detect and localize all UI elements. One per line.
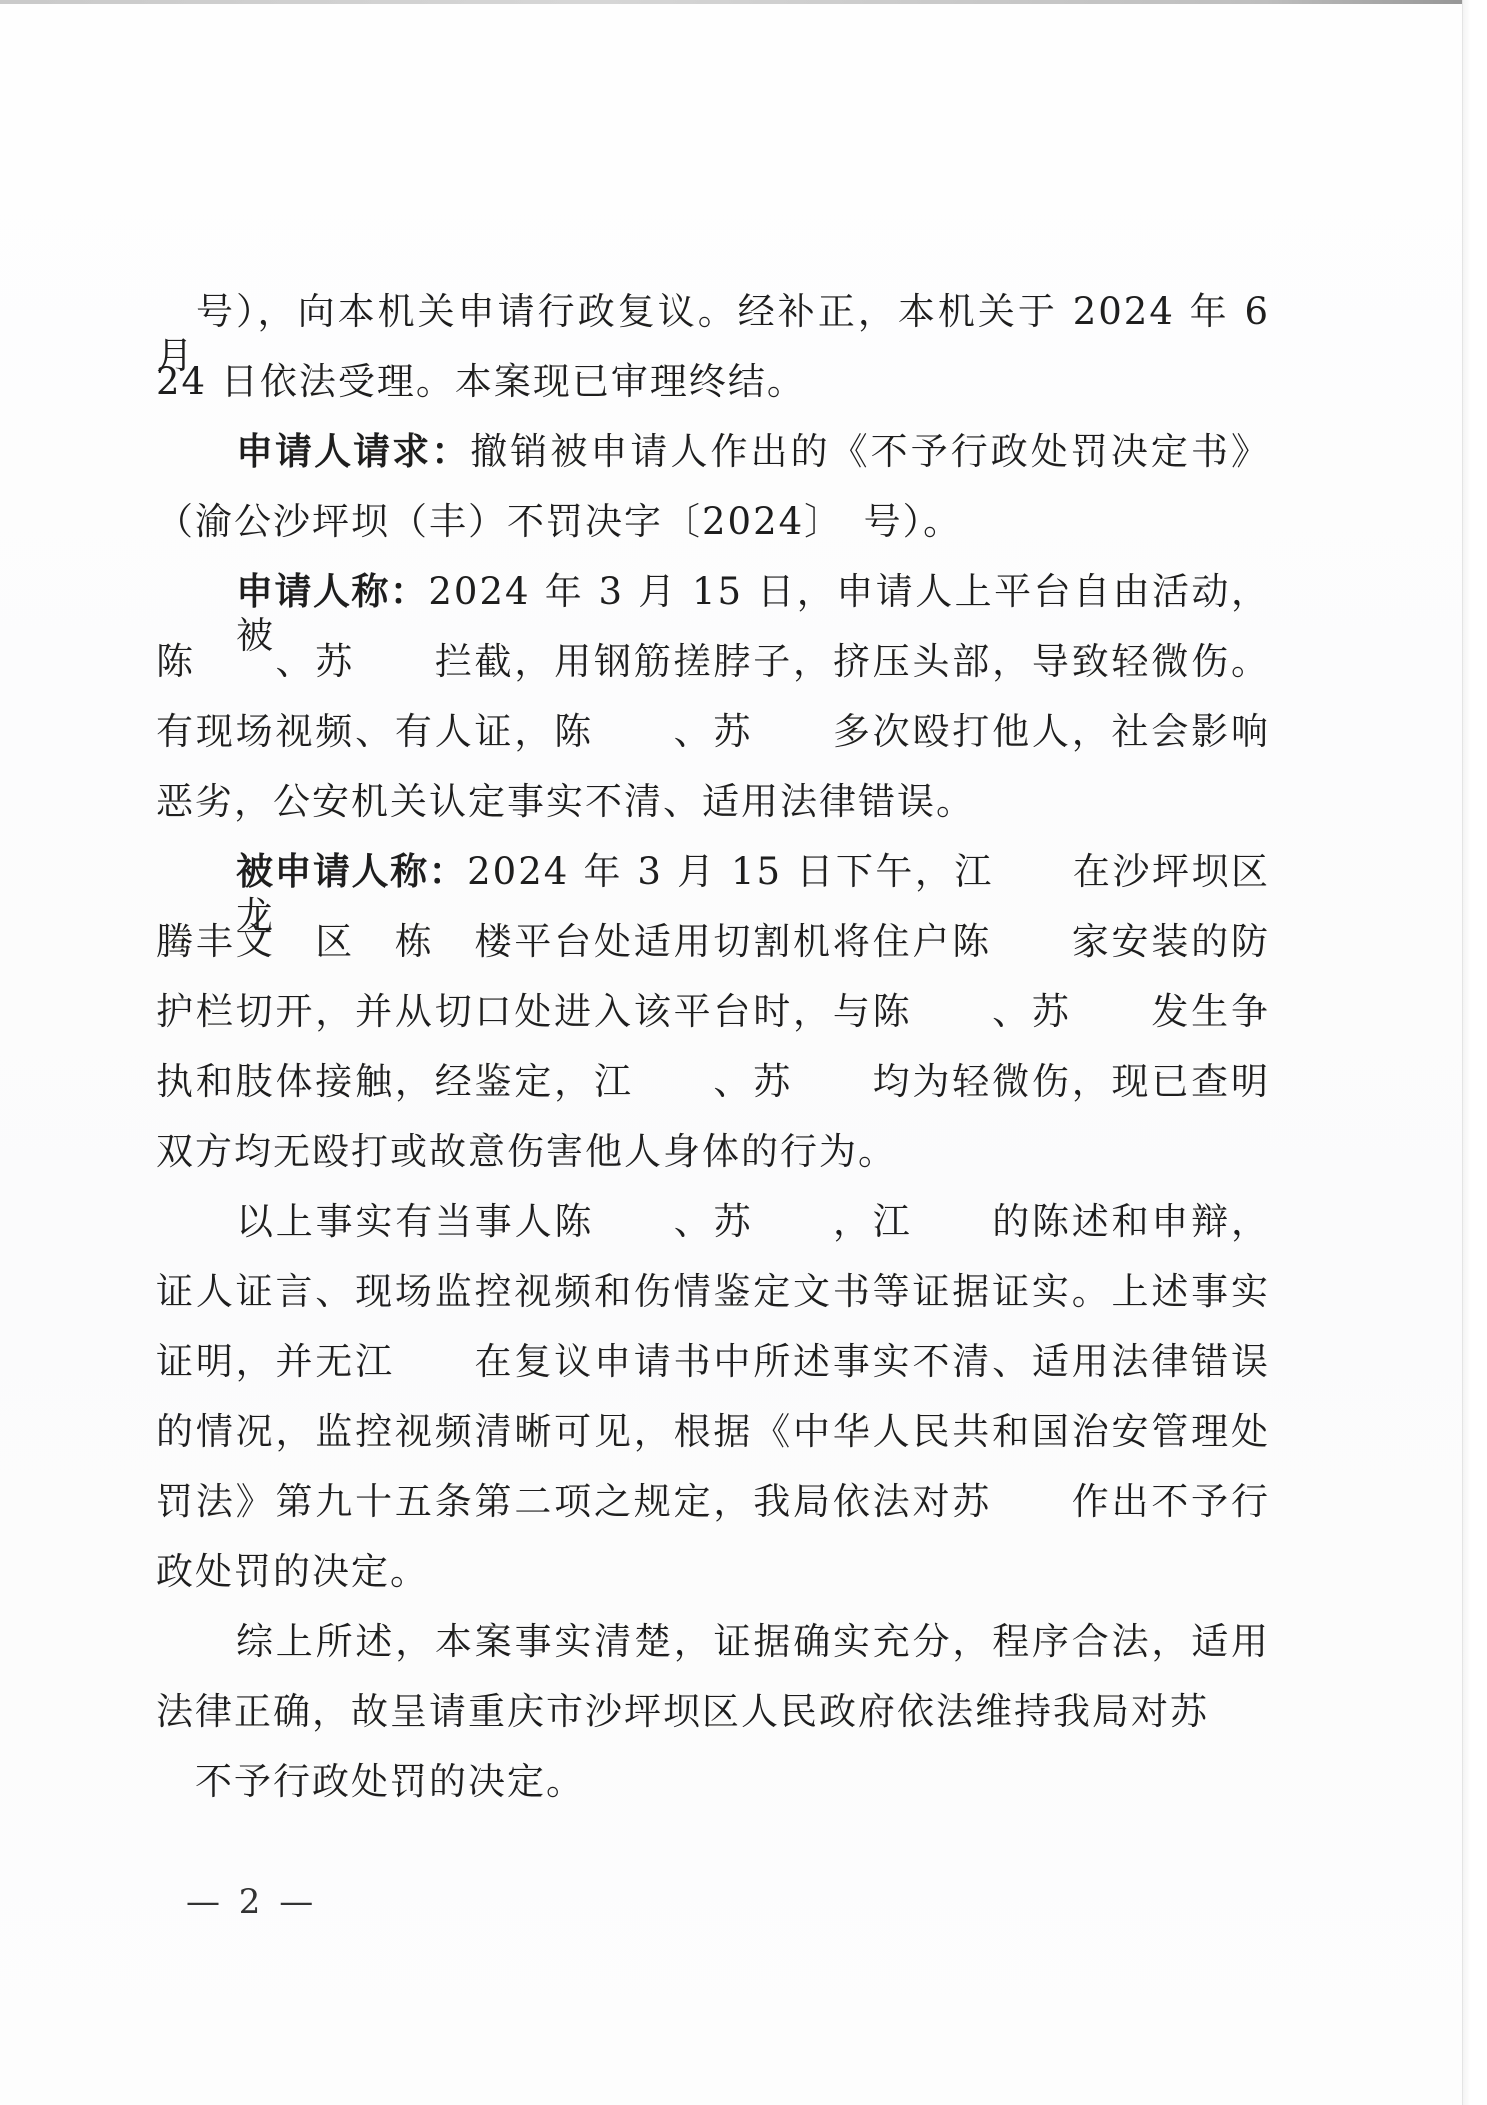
line-text: 证明，并无江 在复议申请书中所述事实不清、适用法律错误 — [156, 1340, 1270, 1383]
line-text: 有现场视频、有人证，陈 、苏 多次殴打他人，社会影响 — [156, 710, 1270, 753]
paragraph-line: （渝公沙坪坝（丰）不罚决字〔2024〕 号）。 — [156, 500, 1270, 544]
paragraph-line: 24 日依法受理。本案现已审理终结。 — [156, 360, 1270, 404]
paragraph-line: 的情况，监控视频清晰可见，根据《中华人民共和国治安管理处 — [156, 1410, 1270, 1454]
paragraph-line: 以上事实有当事人陈 、苏 ，江 的陈述和申辩， — [236, 1200, 1270, 1244]
paragraph-line: 腾丰文 区 栋 楼平台处适用切割机将住户陈 家安装的防 — [156, 920, 1270, 964]
paragraph-line: 证人证言、现场监控视频和伤情鉴定文书等证据证实。上述事实 — [156, 1270, 1270, 1314]
line-text: 24 日依法受理。本案现已审理终结。 — [156, 360, 806, 403]
line-text: （渝公沙坪坝（丰）不罚决字〔2024〕 号）。 — [156, 500, 962, 543]
line-text: 执和肢体接触，经鉴定，江 、苏 均为轻微伤，现已查明 — [156, 1060, 1270, 1103]
paragraph-line: 综上所述，本案事实清楚，证据确实充分，程序合法，适用 — [236, 1620, 1270, 1664]
applicant-request-label: 申请人请求： — [236, 430, 470, 473]
line-text: 罚法》第九十五条第二项之规定，我局依法对苏 作出不予行 — [156, 1480, 1270, 1523]
applicant-claim-line: 申请人称：2024 年 3 月 15 日，申请人上平台自由活动，被 — [236, 570, 1270, 614]
line-text: 法律正确，故呈请重庆市沙坪坝区人民政府依法维持我局对苏 — [156, 1690, 1209, 1733]
line-text: 政处罚的决定。 — [156, 1550, 429, 1593]
paragraph-line: 法律正确，故呈请重庆市沙坪坝区人民政府依法维持我局对苏 — [156, 1690, 1216, 1734]
paragraph-line: 恶劣，公安机关认定事实不清、适用法律错误。 — [156, 780, 1270, 824]
line-text: 双方均无殴打或故意伤害他人身体的行为。 — [156, 1130, 897, 1173]
line-text: 护栏切开，并从切口处进入该平台时，与陈 、苏 发生争 — [156, 990, 1270, 1033]
document-page: 号），向本机关申请行政复议。经补正，本机关于 2024 年 6 月 24 日依法… — [0, 0, 1487, 2105]
line-text: 的情况，监控视频清晰可见，根据《中华人民共和国治安管理处 — [156, 1410, 1270, 1453]
applicant-request-line: 申请人请求：撤销被申请人作出的《不予行政处罚决定书》 — [236, 430, 1270, 474]
line-text: 证人证言、现场监控视频和伤情鉴定文书等证据证实。上述事实 — [156, 1270, 1270, 1313]
scan-top-edge — [0, 0, 1487, 4]
paragraph-line: 护栏切开，并从切口处进入该平台时，与陈 、苏 发生争 — [156, 990, 1270, 1034]
line-text: 腾丰文 区 栋 楼平台处适用切割机将住户陈 家安装的防 — [156, 920, 1270, 963]
paragraph-line: 双方均无殴打或故意伤害他人身体的行为。 — [156, 1130, 1270, 1174]
scan-right-edge — [1462, 0, 1487, 2105]
line-text: 综上所述，本案事实清楚，证据确实充分，程序合法，适用 — [236, 1620, 1270, 1663]
applicant-claim-label: 申请人称： — [236, 570, 428, 613]
paragraph-line: 有现场视频、有人证，陈 、苏 多次殴打他人，社会影响 — [156, 710, 1270, 754]
line-text: 不予行政处罚的决定。 — [156, 1760, 585, 1803]
line-text: 陈 、苏 拦截，用钢筋搓脖子，挤压头部，导致轻微伤。 — [156, 640, 1270, 683]
paragraph-line: 执和肢体接触，经鉴定，江 、苏 均为轻微伤，现已查明 — [156, 1060, 1270, 1104]
paragraph-line: 罚法》第九十五条第二项之规定，我局依法对苏 作出不予行 — [156, 1480, 1270, 1524]
respondent-claim-line: 被申请人称：2024 年 3 月 15 日下午，江 在沙坪坝区龙 — [236, 850, 1270, 894]
paragraph-line: 陈 、苏 拦截，用钢筋搓脖子，挤压头部，导致轻微伤。 — [156, 640, 1270, 684]
line-text: 恶劣，公安机关认定事实不清、适用法律错误。 — [156, 780, 975, 823]
paragraph-line: 政处罚的决定。 — [156, 1550, 1270, 1594]
paragraph-line: 不予行政处罚的决定。 — [156, 1760, 1270, 1804]
paragraph-line: 证明，并无江 在复议申请书中所述事实不清、适用法律错误 — [156, 1340, 1270, 1384]
page-number: — 2 — — [186, 1880, 317, 1924]
line-text: 撤销被申请人作出的《不予行政处罚决定书》 — [470, 430, 1270, 473]
paragraph-line: 号），向本机关申请行政复议。经补正，本机关于 2024 年 6 月 — [156, 290, 1270, 334]
line-text: 以上事实有当事人陈 、苏 ，江 的陈述和申辩， — [236, 1200, 1270, 1243]
respondent-claim-label: 被申请人称： — [236, 850, 467, 893]
